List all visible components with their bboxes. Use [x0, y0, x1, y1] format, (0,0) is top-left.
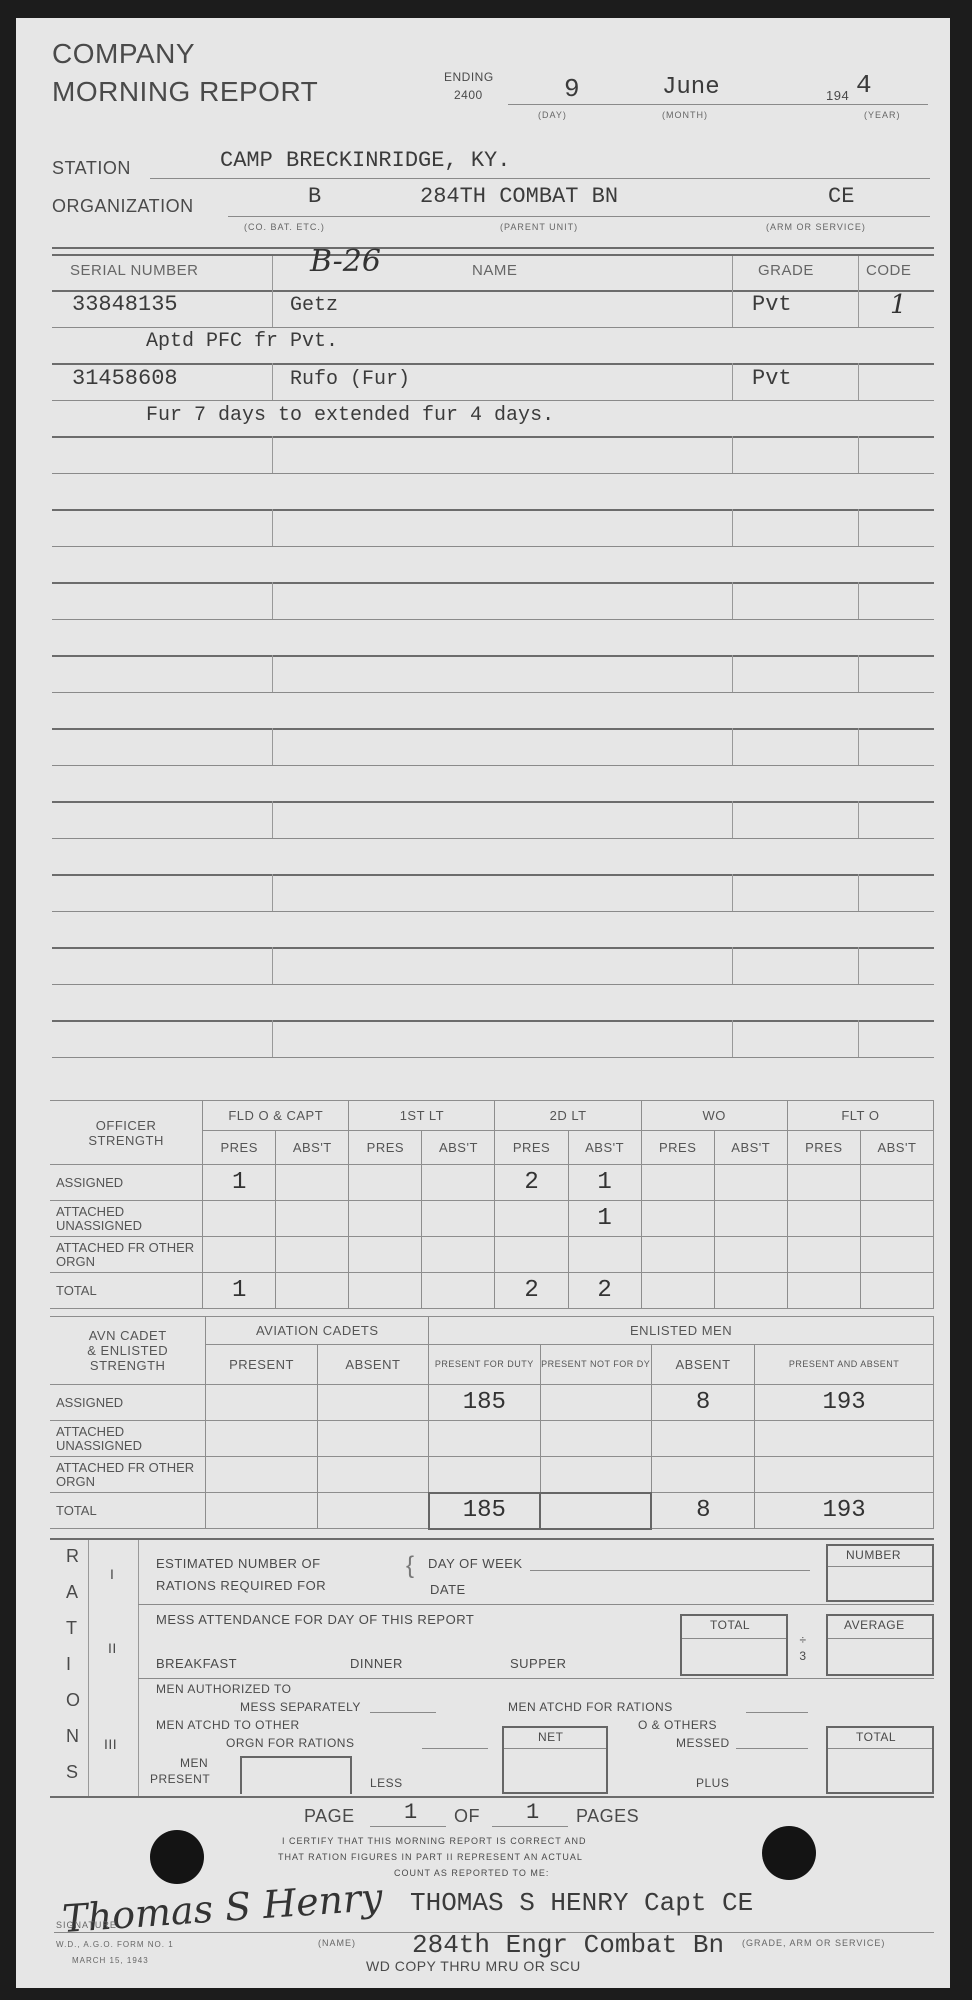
roster-column-divider [272, 1020, 273, 1057]
roster-column-divider [732, 509, 733, 546]
officer-count-cell[interactable] [787, 1237, 860, 1273]
present-column-header: PRES [203, 1131, 276, 1165]
roster-rule [52, 1057, 934, 1058]
name-caption: (NAME) [318, 1938, 356, 1948]
roster-rule [52, 619, 934, 620]
roster-name: Getz [290, 294, 338, 317]
pages-label: PAGES [576, 1806, 639, 1827]
row-label: ASSIGNED [50, 1165, 203, 1201]
officer-count-cell[interactable] [203, 1237, 276, 1273]
roster-grade: Pvt [752, 366, 792, 391]
officer-strength-row: ASSIGNED121 [50, 1165, 934, 1201]
roster-rule [52, 655, 934, 657]
rations-letter: S [66, 1762, 79, 1783]
officer-count-cell[interactable]: 1 [568, 1201, 641, 1237]
signature-caption: SIGNATURE [56, 1920, 117, 1930]
enlisted-strength-table: AVN CADET& ENLISTEDSTRENGTH AVIATION CAD… [50, 1316, 934, 1530]
officer-strength-row: TOTAL122 [50, 1273, 934, 1309]
section-divider [138, 1604, 934, 1605]
roster-column-divider [272, 363, 273, 400]
organization-label: ORGANIZATION [52, 196, 194, 217]
officer-group-header: WO [641, 1101, 787, 1131]
enlisted-count-cell[interactable]: 185 [429, 1385, 540, 1421]
row-label: TOTAL [50, 1273, 203, 1309]
enlisted-column-header: PRESENT AND ABSENT [755, 1345, 934, 1385]
officer-count-cell[interactable]: 1 [203, 1273, 276, 1309]
officer-count-cell[interactable] [641, 1273, 714, 1309]
year-prefix: 194 [826, 88, 849, 103]
officer-count-cell[interactable] [860, 1273, 933, 1309]
officer-count-cell[interactable] [787, 1201, 860, 1237]
officer-count-cell[interactable] [714, 1201, 787, 1237]
wd-copy-note: WD COPY THRU MRU OR SCU [366, 1958, 581, 1974]
row-label: ATTACHED FR OTHER ORGN [50, 1237, 203, 1273]
mess-separately-field[interactable] [370, 1712, 436, 1713]
mess-attendance-title: MESS ATTENDANCE FOR DAY OF THIS REPORT [156, 1612, 474, 1627]
section-i-line2: RATIONS REQUIRED FOR [156, 1578, 326, 1593]
organization-underline [228, 216, 930, 217]
rations-letter: A [66, 1582, 79, 1603]
roster-column-divider [858, 290, 859, 327]
officer-count-cell[interactable] [349, 1237, 422, 1273]
enlisted-count-cell[interactable] [755, 1421, 934, 1457]
roster-rule [52, 984, 934, 985]
roster-column-divider [272, 509, 273, 546]
roster-top-rule-2 [52, 254, 934, 256]
roster-annotation: B-26 [310, 244, 381, 279]
officer-count-cell[interactable] [495, 1201, 568, 1237]
enlisted-count-cell[interactable] [317, 1493, 428, 1529]
less-label: LESS [370, 1776, 403, 1790]
row-label: ATTACHED FR OTHER ORGN [50, 1457, 206, 1493]
certify-line1: I CERTIFY THAT THIS MORNING REPORT IS CO… [282, 1836, 587, 1846]
roster-grade: Pvt [752, 292, 792, 317]
roster-column-divider [272, 290, 273, 327]
men-present-line1: MEN [180, 1756, 208, 1770]
enlisted-count-cell[interactable] [206, 1457, 317, 1493]
officer-count-cell[interactable] [860, 1237, 933, 1273]
enlisted-strength-row: TOTAL1858193 [50, 1493, 934, 1529]
roster-rule [52, 838, 934, 839]
form-date: MARCH 15, 1943 [72, 1956, 149, 1965]
roster-column-divider [858, 582, 859, 619]
mess-total-label: TOTAL [710, 1618, 750, 1632]
roster-rule [52, 290, 934, 292]
enlisted-count-cell[interactable]: 8 [651, 1385, 754, 1421]
officer-count-cell[interactable] [349, 1165, 422, 1201]
rations-letter: T [66, 1618, 78, 1639]
enlisted-strength-row: ATTACHED UNASSIGNED [50, 1421, 934, 1457]
roster-column-divider [858, 801, 859, 838]
day-of-week-field[interactable] [530, 1570, 810, 1571]
rations-total-label: TOTAL [856, 1730, 896, 1744]
section-ii-number: II [108, 1640, 117, 1656]
page-number: 1 [404, 1800, 417, 1825]
officer-count-cell[interactable] [422, 1201, 495, 1237]
brace: { [406, 1552, 415, 1580]
roster-top-rule [52, 247, 934, 249]
absent-column-header: ABS'T [568, 1131, 641, 1165]
row-label: ATTACHED UNASSIGNED [50, 1201, 203, 1237]
enlisted-strength-title: AVN CADET& ENLISTEDSTRENGTH [50, 1317, 206, 1385]
absent-column-header: ABS'T [714, 1131, 787, 1165]
officer-count-cell[interactable] [276, 1273, 349, 1309]
row-label: ASSIGNED [50, 1385, 206, 1421]
roster-remark: Aptd PFC fr Pvt. [146, 330, 338, 353]
absent-column-header: ABS'T [422, 1131, 495, 1165]
roster-column-divider [272, 874, 273, 911]
arm-caption: (ARM OR SERVICE) [766, 222, 866, 232]
roster-column-divider [732, 801, 733, 838]
roster-rule [52, 874, 934, 876]
enlisted-count-cell[interactable] [651, 1457, 754, 1493]
officer-count-cell[interactable]: 1 [203, 1165, 276, 1201]
organization-parent-unit: 284TH COMBAT BN [420, 184, 618, 209]
officer-count-cell[interactable] [641, 1165, 714, 1201]
station-underline [150, 178, 930, 179]
page-total-field [492, 1826, 568, 1827]
dinner-label: DINNER [350, 1656, 403, 1671]
atchd-rations-field[interactable] [746, 1712, 808, 1713]
organization-company: B [308, 184, 321, 209]
officer-group-header: 2D LT [495, 1101, 641, 1131]
enlisted-count-cell[interactable] [317, 1457, 428, 1493]
officer-count-cell[interactable] [276, 1201, 349, 1237]
men-present-box[interactable] [240, 1756, 352, 1794]
report-day: 9 [564, 74, 580, 104]
supper-label: SUPPER [510, 1656, 566, 1671]
officer-count-cell[interactable]: 2 [568, 1273, 641, 1309]
roster-rule [52, 363, 934, 365]
officer-group-header: FLD O & CAPT [203, 1101, 349, 1131]
roster-rule [52, 436, 934, 438]
enlisted-count-cell[interactable]: 8 [651, 1493, 754, 1529]
roster-rule [52, 327, 934, 328]
roster-column-divider [732, 256, 733, 290]
enlisted-column-header: PRESENT [206, 1345, 317, 1385]
enlisted-count-cell[interactable] [540, 1421, 651, 1457]
enlisted-count-cell[interactable] [206, 1421, 317, 1457]
form-title-line1: COMPANY [52, 38, 195, 70]
men-present-line2: PRESENT [150, 1772, 210, 1786]
men-authorized-line1: MEN AUTHORIZED TO [156, 1682, 291, 1696]
divide-by-three: ÷ 3 [796, 1632, 810, 1664]
roster-rule [52, 765, 934, 766]
roster-rule [52, 509, 934, 511]
aviation-cadets-header: AVIATION CADETS [206, 1317, 429, 1345]
roster-rule [52, 801, 934, 803]
officer-count-cell[interactable] [276, 1165, 349, 1201]
year-caption: (YEAR) [864, 110, 901, 120]
enlisted-count-cell[interactable] [755, 1457, 934, 1493]
roster-serial: 33848135 [72, 292, 178, 317]
officer-count-cell[interactable] [349, 1201, 422, 1237]
enlisted-count-cell[interactable]: 193 [755, 1493, 934, 1529]
enlisted-column-header: PRESENT FOR DUTY [429, 1345, 540, 1385]
officer-count-cell[interactable] [714, 1165, 787, 1201]
enlisted-column-header: PRESENT NOT FOR DY [540, 1345, 651, 1385]
plus-label: PLUS [696, 1776, 729, 1790]
roster-column-divider [272, 655, 273, 692]
officer-count-cell[interactable]: 2 [495, 1165, 568, 1201]
roster-column-divider [732, 655, 733, 692]
signer-unit: 284th Engr Combat Bn [412, 1930, 724, 1960]
officer-group-header: 1ST LT [349, 1101, 495, 1131]
roster-rule [52, 546, 934, 547]
box-divider [682, 1638, 786, 1639]
row-label: ATTACHED UNASSIGNED [50, 1421, 206, 1457]
station-value: CAMP BRECKINRIDGE, KY. [220, 148, 510, 173]
men-atchd-rations-label: MEN ATCHD FOR RATIONS [508, 1700, 673, 1714]
enlisted-count-cell[interactable] [540, 1493, 651, 1529]
rations-divider [88, 1540, 89, 1796]
ending-time-label: 2400 [454, 88, 483, 102]
enlisted-count-cell[interactable] [540, 1457, 651, 1493]
station-label: STATION [52, 158, 131, 179]
grade-header: GRADE [758, 262, 814, 279]
absent-column-header: ABS'T [860, 1131, 933, 1165]
roster-code: 1 [890, 290, 907, 320]
men-atchd-other-line1: MEN ATCHD TO OTHER [156, 1718, 300, 1732]
officer-strength-row: ATTACHED UNASSIGNED1 [50, 1201, 934, 1237]
officer-count-cell[interactable] [349, 1273, 422, 1309]
enlisted-men-header: ENLISTED MEN [429, 1317, 934, 1345]
enlisted-column-header: ABSENT [651, 1345, 754, 1385]
box-divider [828, 1638, 932, 1639]
roster-rule [52, 1020, 934, 1022]
present-column-header: PRES [787, 1131, 860, 1165]
binder-hole-right [762, 1826, 816, 1880]
others-messed-field[interactable] [736, 1748, 808, 1749]
roster-remark: Fur 7 days to extended fur 4 days. [146, 404, 554, 427]
form-title-line2: MORNING REPORT [52, 76, 318, 108]
roster-rule [52, 911, 934, 912]
name-header: NAME [472, 262, 517, 279]
certify-line3: COUNT AS REPORTED TO ME: [394, 1868, 549, 1878]
officer-count-cell[interactable] [495, 1237, 568, 1273]
absent-column-header: ABS'T [276, 1131, 349, 1165]
roster-rule [52, 947, 934, 949]
officer-count-cell[interactable] [641, 1237, 714, 1273]
officer-count-cell[interactable] [714, 1273, 787, 1309]
officer-count-cell[interactable]: 2 [495, 1273, 568, 1309]
section-i-line1: ESTIMATED NUMBER OF [156, 1556, 321, 1571]
roster-column-divider [272, 256, 273, 290]
month-caption: (MONTH) [662, 110, 708, 120]
officer-count-cell[interactable] [787, 1165, 860, 1201]
roster-column-divider [272, 728, 273, 765]
code-header: CODE [866, 262, 911, 279]
officer-count-cell[interactable] [787, 1273, 860, 1309]
officer-strength-row: ATTACHED FR OTHER ORGN [50, 1237, 934, 1273]
roster-column-divider [272, 801, 273, 838]
day-of-week-label: DAY OF WEEK [428, 1556, 523, 1571]
officer-count-cell[interactable]: 1 [568, 1165, 641, 1201]
officer-count-cell[interactable] [422, 1273, 495, 1309]
roster-column-divider [732, 363, 733, 400]
officer-count-cell[interactable] [203, 1201, 276, 1237]
day-caption: (DAY) [538, 110, 567, 120]
present-column-header: PRES [495, 1131, 568, 1165]
roster-column-divider [858, 874, 859, 911]
box-divider [504, 1748, 606, 1749]
service-caption: (GRADE, ARM OR SERVICE) [742, 1938, 885, 1948]
net-label: NET [538, 1730, 564, 1744]
o-others-line1: O & OTHERS [638, 1718, 717, 1732]
enlisted-count-cell[interactable] [317, 1385, 428, 1421]
roster-rule [52, 692, 934, 693]
officer-count-cell[interactable] [714, 1237, 787, 1273]
roster-rule [52, 400, 934, 401]
roster-column-divider [732, 947, 733, 984]
date-underline [508, 104, 928, 105]
page-num-field [370, 1826, 446, 1827]
roster-column-divider [858, 655, 859, 692]
roster-column-divider [858, 256, 859, 290]
enlisted-count-cell[interactable] [540, 1385, 651, 1421]
page-label: PAGE [304, 1806, 355, 1827]
enlisted-count-cell[interactable] [206, 1493, 317, 1529]
enlisted-count-cell[interactable] [206, 1385, 317, 1421]
officer-group-header: FLT O [787, 1101, 933, 1131]
enlisted-count-cell[interactable] [651, 1421, 754, 1457]
roster-column-divider [732, 290, 733, 327]
roster-column-divider [858, 509, 859, 546]
organization-arm: CE [828, 184, 854, 209]
rations-bottom-rule [50, 1796, 934, 1798]
present-column-header: PRES [349, 1131, 422, 1165]
o-others-line2: MESSED [676, 1736, 730, 1750]
certify-line2: THAT RATION FIGURES IN PART II REPRESENT… [278, 1852, 583, 1862]
roster-rule [52, 728, 934, 730]
binder-hole-left [150, 1830, 204, 1884]
roster-column-divider [858, 728, 859, 765]
enlisted-count-cell[interactable]: 193 [755, 1385, 934, 1421]
number-box-label: NUMBER [846, 1548, 901, 1562]
roster-column-divider [272, 436, 273, 473]
page-total: 1 [526, 1800, 539, 1825]
roster-column-divider [732, 582, 733, 619]
report-year-digit: 4 [856, 70, 872, 100]
section-i-number: I [110, 1566, 114, 1582]
other-orgn-field[interactable] [422, 1748, 488, 1749]
rations-letter: N [66, 1726, 80, 1747]
roster-column-divider [272, 947, 273, 984]
roster-column-divider [732, 874, 733, 911]
ending-label: ENDING [444, 70, 494, 84]
roster-name: Rufo (Fur) [290, 368, 410, 391]
enlisted-strength-row: ASSIGNED1858193 [50, 1385, 934, 1421]
section-divider [138, 1678, 934, 1679]
rations-top-rule [50, 1538, 934, 1540]
enlisted-strength-row: ATTACHED FR OTHER ORGN [50, 1457, 934, 1493]
mess-average-label: AVERAGE [844, 1618, 905, 1632]
rations-letter: R [66, 1546, 80, 1567]
company-caption: (CO. BAT. ETC.) [244, 222, 325, 232]
enlisted-count-cell[interactable] [429, 1421, 540, 1457]
roster-rule [52, 473, 934, 474]
roster-column-divider [858, 363, 859, 400]
enlisted-column-header: ABSENT [317, 1345, 428, 1385]
parent-unit-caption: (PARENT UNIT) [500, 222, 578, 232]
roster-serial: 31458608 [72, 366, 178, 391]
men-atchd-other-line2: ORGN FOR RATIONS [226, 1736, 354, 1750]
roster-column-divider [272, 582, 273, 619]
officer-count-cell[interactable] [860, 1201, 933, 1237]
signer-name-grade: THOMAS S HENRY Capt CE [410, 1888, 753, 1918]
rations-letter: I [66, 1654, 72, 1675]
form-number: W.D., A.G.O. FORM NO. 1 [56, 1940, 174, 1949]
roster-column-divider [858, 947, 859, 984]
box-divider [828, 1748, 932, 1749]
roster-column-divider [732, 728, 733, 765]
roster-column-divider [732, 436, 733, 473]
row-label: TOTAL [50, 1493, 206, 1529]
date-label: DATE [430, 1582, 466, 1597]
breakfast-label: BREAKFAST [156, 1656, 237, 1671]
officer-count-cell[interactable] [860, 1165, 933, 1201]
roster-rule [52, 582, 934, 584]
enlisted-count-cell[interactable] [317, 1421, 428, 1457]
officer-count-cell[interactable] [568, 1237, 641, 1273]
officer-strength-table: OFFICERSTRENGTH FLD O & CAPT 1ST LT 2D L… [50, 1100, 934, 1309]
roster-column-divider [858, 1020, 859, 1057]
present-column-header: PRES [641, 1131, 714, 1165]
rations-divider [138, 1540, 139, 1796]
roster-column-divider [858, 436, 859, 473]
officer-count-cell[interactable] [276, 1237, 349, 1273]
serial-number-header: SERIAL NUMBER [70, 262, 198, 279]
report-month: June [662, 74, 720, 101]
enlisted-count-cell[interactable] [429, 1457, 540, 1493]
rations-letter: O [66, 1690, 81, 1711]
officer-strength-title: OFFICERSTRENGTH [50, 1101, 203, 1165]
officer-count-cell[interactable] [641, 1201, 714, 1237]
roster-column-divider [732, 1020, 733, 1057]
officer-count-cell[interactable] [422, 1165, 495, 1201]
men-authorized-line2: MESS SEPARATELY [240, 1700, 361, 1714]
enlisted-count-cell[interactable]: 185 [429, 1493, 540, 1529]
section-iii-number: III [104, 1736, 117, 1752]
box-divider [828, 1566, 932, 1567]
of-label: OF [454, 1806, 480, 1827]
officer-count-cell[interactable] [422, 1237, 495, 1273]
